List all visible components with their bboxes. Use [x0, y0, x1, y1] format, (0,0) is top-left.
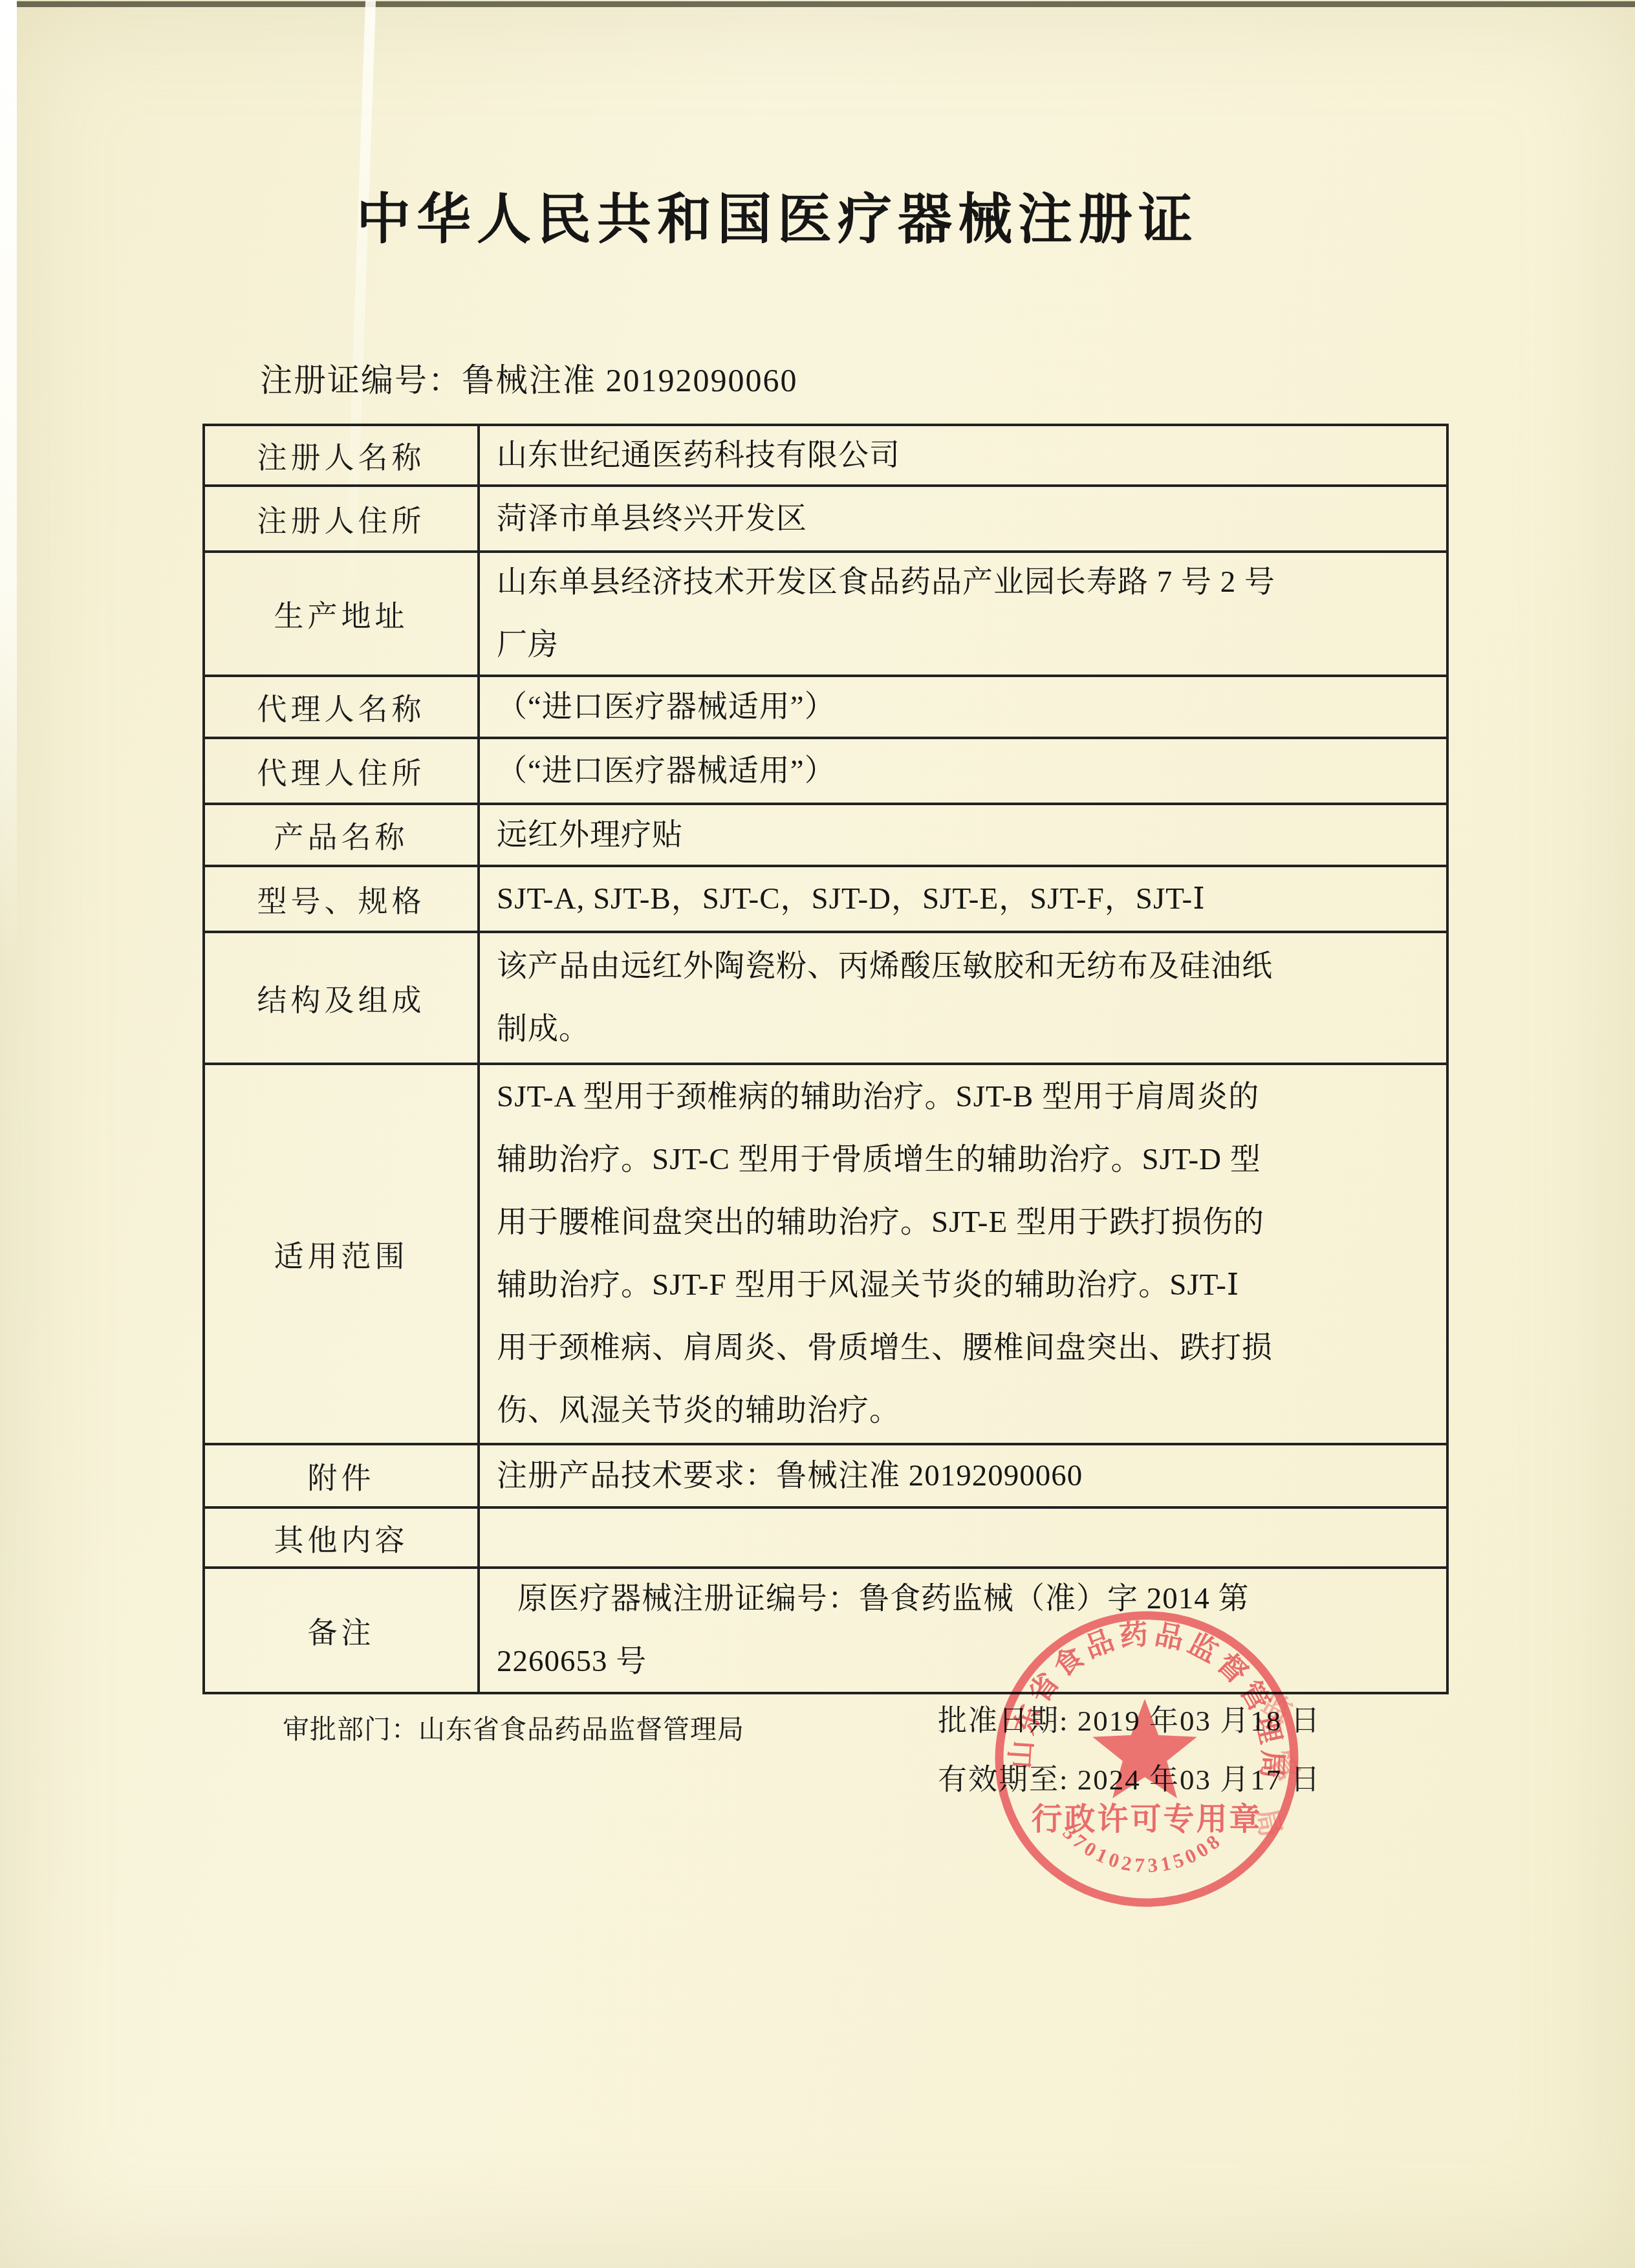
table-row: 附件 注册产品技术要求：鲁械注准 20192090060 — [205, 1445, 1446, 1509]
row-value — [480, 1509, 1446, 1566]
row-value-line: （“进口医疗器械适用”） — [497, 740, 1440, 803]
row-value: 山东单县经济技术开发区食品药品产业园长寿路 7 号 2 号 厂房 — [480, 553, 1446, 675]
row-value: （“进口医疗器械适用”） — [480, 739, 1446, 803]
row-value: （“进口医疗器械适用”） — [480, 677, 1446, 737]
row-label: 适用范围 — [205, 1065, 480, 1443]
row-value-line: SJT-A, SJT-B，SJT-C，SJT-D，SJT-E，SJT-F，SJT… — [497, 868, 1440, 931]
row-value-line: 辅助治疗。SJT-F 型用于风湿关节炎的辅助治疗。SJT-Ⅰ — [497, 1254, 1440, 1317]
row-value-line: 用于颈椎病、肩周炎、骨质增生、腰椎间盘突出、跌打损 — [497, 1317, 1440, 1379]
table-row: 适用范围 SJT-A 型用于颈椎病的辅助治疗。SJT-B 型用于肩周炎的 辅助治… — [205, 1065, 1446, 1445]
row-value-line: 厂房 — [497, 614, 1440, 676]
certificate-table: 注册人名称 山东世纪通医药科技有限公司 注册人住所 菏泽市单县终兴开发区 生产地… — [202, 424, 1449, 1694]
row-label: 注册人住所 — [205, 487, 480, 550]
row-label: 生产地址 — [205, 553, 480, 675]
table-row: 注册人住所 菏泽市单县终兴开发区 — [205, 487, 1446, 553]
row-label: 其他内容 — [205, 1509, 480, 1566]
row-value-line: 菏泽市单县终兴开发区 — [497, 488, 1440, 550]
row-value-line: 伤、风湿关节炎的辅助治疗。 — [497, 1379, 1440, 1442]
row-label: 代理人住所 — [205, 739, 480, 803]
row-label: 结构及组成 — [205, 933, 480, 1063]
row-value: SJT-A, SJT-B，SJT-C，SJT-D，SJT-E，SJT-F，SJT… — [480, 867, 1446, 931]
certificate-title: 中华人民共和国医疗器械注册证 — [0, 176, 1555, 254]
table-row: 代理人住所 （“进口医疗器械适用”） — [205, 739, 1446, 805]
row-label: 型号、规格 — [205, 867, 480, 931]
row-value: 远红外理疗贴 — [480, 805, 1446, 865]
table-row: 结构及组成 该产品由远红外陶瓷粉、丙烯酸压敏胶和无纺布及硅油纸 制成。 — [205, 933, 1446, 1065]
row-label: 备注 — [205, 1569, 480, 1692]
row-value-line: 山东世纪通医药科技有限公司 — [497, 424, 1440, 487]
row-value-line: 制成。 — [497, 998, 1440, 1061]
row-value: 注册产品技术要求：鲁械注准 20192090060 — [480, 1445, 1446, 1506]
table-row: 产品名称 远红外理疗贴 — [205, 805, 1446, 867]
row-value-line — [497, 1509, 1440, 1566]
row-value-line: 注册产品技术要求：鲁械注准 20192090060 — [497, 1445, 1440, 1507]
row-value-line: 山东单县经济技术开发区食品药品产业园长寿路 7 号 2 号 — [497, 551, 1440, 614]
row-value-line: （“进口医疗器械适用”） — [497, 676, 1440, 739]
seal-echo-mark: 局 — [1250, 1806, 1286, 1840]
seal-star-icon — [1092, 1699, 1197, 1798]
row-value-line: SJT-A 型用于颈椎病的辅助治疗。SJT-B 型用于肩周炎的 — [497, 1066, 1440, 1129]
table-row: 型号、规格 SJT-A, SJT-B，SJT-C，SJT-D，SJT-E，SJT… — [205, 867, 1446, 933]
row-value-line: 用于腰椎间盘突出的辅助治疗。SJT-E 型用于跌打损伤的 — [497, 1191, 1440, 1254]
row-label: 附件 — [205, 1445, 480, 1506]
official-seal: 山东省食品药品监督管理局 行政许可专用章 3701027315008 监 管 局 — [988, 1605, 1305, 1913]
table-row: 代理人名称 （“进口医疗器械适用”） — [205, 677, 1446, 739]
table-row: 注册人名称 山东世纪通医药科技有限公司 — [205, 426, 1446, 487]
row-value-line: 辅助治疗。SJT-C 型用于骨质增生的辅助治疗。SJT-D 型 — [497, 1129, 1440, 1191]
approval-department: 审批部门：山东省食品药品监督管理局 — [283, 1708, 744, 1746]
row-value: SJT-A 型用于颈椎病的辅助治疗。SJT-B 型用于肩周炎的 辅助治疗。SJT… — [480, 1065, 1446, 1443]
scan-artifact-left-edge — [0, 0, 17, 970]
row-label: 代理人名称 — [205, 677, 480, 737]
registration-number-line: 注册证编号：鲁械注准 20192090060 — [260, 354, 798, 401]
scanned-certificate-page: { "document": { "title": "中华人民共和国医疗器械注册证… — [0, 0, 1635, 2268]
table-row: 其他内容 — [205, 1509, 1446, 1569]
scan-artifact-top-edge — [0, 1, 1635, 7]
row-value-line: 远红外理疗贴 — [497, 804, 1440, 867]
row-value-line: 该产品由远红外陶瓷粉、丙烯酸压敏胶和无纺布及硅油纸 — [497, 935, 1440, 998]
row-label: 产品名称 — [205, 805, 480, 865]
table-row: 生产地址 山东单县经济技术开发区食品药品产业园长寿路 7 号 2 号 厂房 — [205, 553, 1446, 677]
row-value: 菏泽市单县终兴开发区 — [480, 487, 1446, 550]
row-label: 注册人名称 — [205, 426, 480, 484]
row-value: 该产品由远红外陶瓷粉、丙烯酸压敏胶和无纺布及硅油纸 制成。 — [480, 933, 1446, 1063]
row-value: 山东世纪通医药科技有限公司 — [480, 426, 1446, 484]
